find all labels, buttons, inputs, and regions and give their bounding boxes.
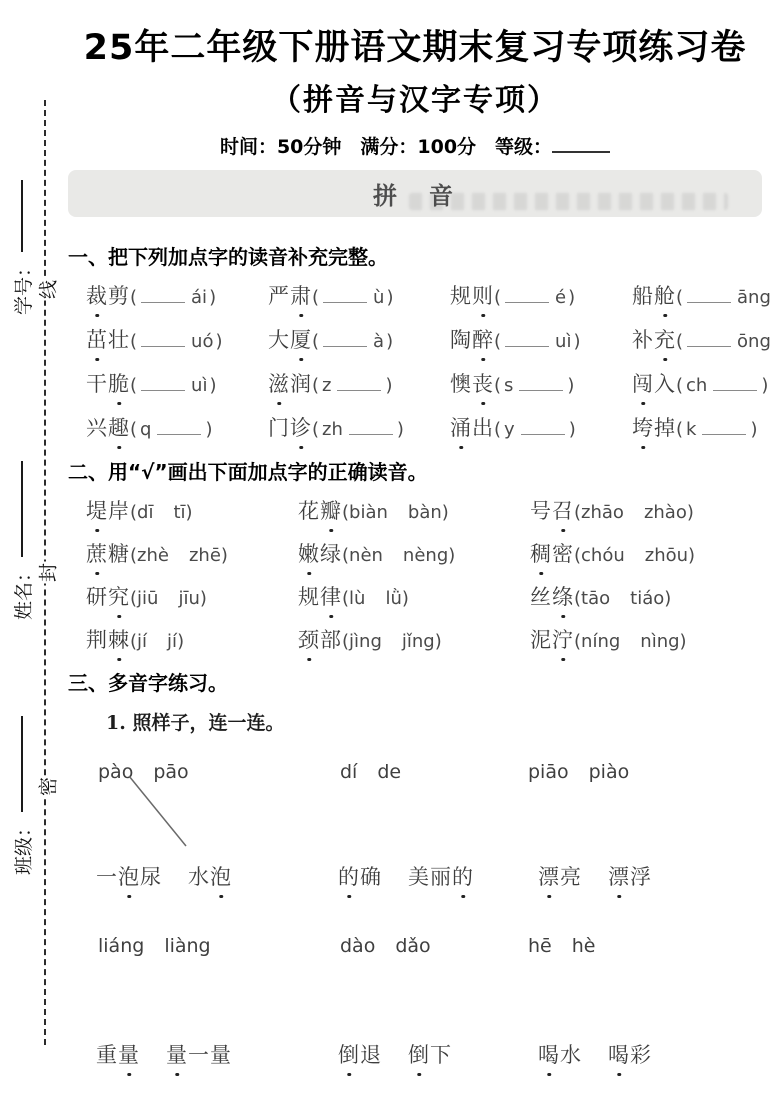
hanzi-char: 一: [96, 861, 118, 891]
hanzi-char: 荆: [86, 624, 108, 654]
pinyin-option: bàn: [408, 502, 442, 523]
dotted-char: 茁: [86, 324, 108, 354]
word: 荆棘: [86, 628, 130, 652]
section-banner: 拼 音: [68, 170, 762, 217]
dotted-char: 稠: [530, 538, 552, 568]
hanzi-char: 规: [450, 280, 472, 310]
pinyin-option: jí: [137, 631, 147, 652]
pronunciation-choice-item: 丝绦(tāotiáo): [530, 581, 762, 611]
student-id-field: 学号：: [8, 115, 36, 315]
hanzi-char: 懊: [450, 368, 472, 398]
student-name-field: 姓名：: [8, 380, 36, 620]
section3-heading: 三、多音字练习。: [68, 667, 762, 696]
word-row: 一泡尿水泡的确美丽的漂亮漂浮: [68, 861, 762, 891]
word: 倒退: [338, 1043, 382, 1067]
pinyin-fill-item: 干脆(uì): [86, 368, 268, 398]
hanzi-char: 船: [632, 280, 654, 310]
pronunciation-choice-item: 研究(jiūjīu): [86, 581, 298, 611]
pinyin-choice: piào: [589, 761, 630, 783]
answer-blank: [713, 373, 757, 391]
dotted-char: 量: [166, 1039, 188, 1069]
exam-title: 25年二年级下册语文期末复习专项练习卷: [68, 24, 762, 72]
pinyin-choice: dí: [340, 761, 357, 783]
pronunciation-choice-item: 稠密(chóuzhōu): [530, 538, 762, 568]
word: 茁壮: [86, 328, 130, 352]
pinyin-option: jí: [167, 631, 177, 652]
word: 干脆: [86, 372, 130, 396]
pinyin-choice: dào: [340, 935, 375, 957]
hanzi-char: 重: [96, 1039, 118, 1069]
pinyin-given: ái: [189, 287, 209, 308]
dotted-char: 舱: [654, 280, 676, 310]
pinyin-given: zh: [319, 419, 345, 440]
word: 嫩绿: [298, 542, 342, 566]
hanzi-char: 补: [632, 324, 654, 354]
pinyin-answer: (āng): [676, 287, 771, 308]
pronunciation-choice-item: 堤岸(dītī): [86, 495, 298, 525]
word: 一泡尿: [96, 865, 162, 889]
pinyin-option: zhōu: [645, 545, 688, 566]
dotted-char: 泞: [552, 624, 574, 654]
dotted-char: 漂: [538, 861, 560, 891]
seal-char: 封: [34, 562, 61, 584]
pinyin-option: zhè: [137, 545, 169, 566]
dotted-char: 厦: [290, 324, 312, 354]
answer-blank: [505, 285, 549, 303]
pinyin-choice: piāo: [528, 761, 569, 783]
hanzi-char: 一: [188, 1039, 210, 1069]
word: 陶醉: [450, 328, 494, 352]
pinyin-option: zhē: [189, 545, 221, 566]
pinyin-given: à: [371, 331, 386, 352]
pinyin-options: (tāotiáo): [574, 588, 671, 609]
dotted-char: 召: [552, 495, 574, 525]
student-id-blank: [21, 180, 23, 252]
answer-blank: [337, 373, 381, 391]
pinyin-fill-item: 茁壮(uó): [86, 324, 268, 354]
pinyin-row: liángliàngdàodǎohēhè: [68, 935, 762, 957]
word: 喝水: [538, 1043, 582, 1067]
pinyin-given: y: [501, 419, 517, 440]
hanzi-char: 绿: [320, 538, 342, 568]
pinyin-choice: de: [377, 761, 401, 783]
pronunciation-choice-item: 蔗糖(zhèzhē): [86, 538, 298, 568]
dotted-char: 滋: [268, 368, 290, 398]
pinyin-option: tiáo: [630, 588, 664, 609]
word-pair: 倒退倒下: [338, 1039, 538, 1069]
word: 闯入: [632, 372, 676, 396]
word: 严肃: [268, 284, 312, 308]
pinyin-options: (lùlǜ): [342, 588, 409, 609]
pinyin-fill-item: 船舱(āng): [632, 280, 771, 310]
pinyin-answer: (z): [312, 375, 393, 396]
dotted-char: 律: [320, 581, 342, 611]
pinyin-fill-item: 垮掉(k): [632, 412, 771, 442]
pinyin-option: jīu: [178, 588, 199, 609]
hanzi-char: 润: [290, 368, 312, 398]
section1-items: 裁剪(ái)严肃(ù)规则(é)船舱(āng)茁壮(uó)大厦(à)陶醉(uì)…: [86, 280, 762, 456]
word-row: 重量量一量倒退倒下喝水喝彩: [68, 1039, 762, 1069]
word-pair: 的确美丽的: [338, 861, 538, 891]
pinyin-options: (zhāozhào): [574, 502, 694, 523]
pinyin-option: zhào: [644, 502, 687, 523]
dotted-char: 泡: [118, 861, 140, 891]
pinyin-pair: díde: [320, 761, 520, 783]
dotted-char: 瓣: [320, 495, 342, 525]
seal-char: 密: [34, 776, 61, 798]
dotted-char: 的: [338, 861, 360, 891]
pinyin-answer: (ōng): [676, 331, 771, 352]
hanzi-char: 陶: [450, 324, 472, 354]
pinyin-answer: (zh): [312, 419, 404, 440]
word: 涌出: [450, 416, 494, 440]
student-name-label: 姓名：: [9, 563, 36, 620]
hanzi-char: 亮: [560, 861, 582, 891]
word: 美丽的: [408, 865, 474, 889]
answer-blank: [702, 417, 746, 435]
pinyin-options: (zhèzhē): [130, 545, 228, 566]
pinyin-choice: liàng: [164, 935, 210, 957]
section3-subheading: 1. 照样子，连一连。: [106, 708, 762, 735]
dotted-char: 脆: [108, 368, 130, 398]
answer-blank: [687, 285, 731, 303]
dotted-char: 趣: [108, 412, 130, 442]
pronunciation-choice-item: 泥泞(níngnìng): [530, 624, 762, 654]
dotted-char: 闯: [632, 368, 654, 398]
pinyin-option: chóu: [581, 545, 625, 566]
pinyin-given: z: [319, 375, 333, 396]
section2-items: 堤岸(dītī)花瓣(biànbàn)号召(zhāozhào)蔗糖(zhèzhē…: [86, 495, 762, 667]
word: 稠密: [530, 542, 574, 566]
word: 喝彩: [608, 1043, 652, 1067]
student-name-blank: [21, 461, 23, 557]
answer-blank: [349, 417, 393, 435]
dotted-char: 喝: [608, 1039, 630, 1069]
word: 颈部: [298, 628, 342, 652]
pinyin-given: ù: [371, 287, 386, 308]
pinyin-options: (jíjí): [130, 631, 184, 652]
pinyin-choice: dǎo: [395, 935, 430, 957]
hanzi-char: 水: [560, 1039, 582, 1069]
pronunciation-choice-item: 荆棘(jíjí): [86, 624, 298, 654]
hanzi-char: 糖: [108, 538, 130, 568]
pinyin-fill-item: 闯入(ch): [632, 368, 771, 398]
word: 号召: [530, 499, 574, 523]
answer-blank: [141, 329, 185, 347]
word: 重量: [96, 1043, 140, 1067]
hanzi-char: 下: [430, 1039, 452, 1069]
pinyin-fill-item: 裁剪(ái): [86, 280, 268, 310]
pinyin-option: zhāo: [581, 502, 624, 523]
pinyin-option: nìng: [640, 631, 679, 652]
pinyin-fill-item: 严肃(ù): [268, 280, 450, 310]
word: 滋润: [268, 372, 312, 396]
pinyin-answer: (ái): [130, 287, 216, 308]
word-pair: 重量量一量: [86, 1039, 338, 1069]
answer-blank: [157, 417, 201, 435]
pinyin-fill-item: 补充(ōng): [632, 324, 771, 354]
hanzi-char: 浮: [630, 861, 652, 891]
section1-heading: 一、把下列加点字的读音补充完整。: [68, 241, 762, 270]
hanzi-char: 丽: [430, 861, 452, 891]
pronunciation-choice-item: 颈部(jìngjǐng): [298, 624, 530, 654]
pinyin-given: q: [137, 419, 153, 440]
pinyin-choice: liáng: [98, 935, 144, 957]
grade-blank: [552, 133, 610, 153]
pinyin-fill-item: 涌出(y): [450, 412, 632, 442]
hanzi-char: 剪: [108, 280, 130, 310]
hanzi-char: 部: [320, 624, 342, 654]
word: 规律: [298, 585, 342, 609]
dotted-char: 醉: [472, 324, 494, 354]
word: 兴趣: [86, 416, 130, 440]
dotted-char: 则: [472, 280, 494, 310]
word-pair: 喝水喝彩: [538, 1039, 762, 1069]
pinyin-given: uì: [553, 331, 573, 352]
pinyin-options: (biànbàn): [342, 502, 449, 523]
pinyin-fill-item: 门诊(zh): [268, 412, 450, 442]
word: 漂浮: [608, 865, 652, 889]
word: 懊丧: [450, 372, 494, 396]
pinyin-option: jiū: [137, 588, 158, 609]
dotted-char: 蔗: [86, 538, 108, 568]
pinyin-answer: (y): [494, 419, 576, 440]
main-content: 25年二年级下册语文期末复习专项练习卷 （拼音与汉字专项） 时间：50分钟 满分…: [68, 0, 762, 1069]
word: 裁剪: [86, 284, 130, 308]
word: 规则: [450, 284, 494, 308]
dotted-char: 量: [118, 1039, 140, 1069]
word: 丝绦: [530, 585, 574, 609]
dotted-char: 棘: [108, 624, 130, 654]
pinyin-fill-item: 规则(é): [450, 280, 632, 310]
exam-subtitle: （拼音与汉字专项）: [68, 80, 762, 122]
pinyin-options: (jìngjǐng): [342, 631, 442, 652]
hanzi-char: 确: [360, 861, 382, 891]
pinyin-answer: (é): [494, 287, 575, 308]
hanzi-char: 丝: [530, 581, 552, 611]
pinyin-option: jìng: [349, 631, 382, 652]
dotted-char: 的: [452, 861, 474, 891]
pinyin-choice: hē: [528, 935, 552, 957]
hanzi-char: 规: [298, 581, 320, 611]
word: 水泡: [188, 865, 232, 889]
answer-blank: [519, 373, 563, 391]
pronunciation-choice-item: 嫩绿(nènnèng): [298, 538, 530, 568]
dotted-char: 倒: [408, 1039, 430, 1069]
student-class-blank: [21, 716, 23, 812]
exam-meta-label: 时间：50分钟 满分：100分 等级：: [220, 136, 552, 158]
pinyin-option: lǜ: [385, 588, 401, 609]
answer-blank: [687, 329, 731, 347]
dotted-char: 嫩: [298, 538, 320, 568]
pinyin-option: biàn: [349, 502, 388, 523]
hanzi-char: 岸: [108, 495, 130, 525]
pinyin-choice: pào: [98, 761, 133, 783]
hanzi-char: 尿: [140, 861, 162, 891]
word: 垮掉: [632, 416, 676, 440]
pinyin-answer: (uó): [130, 331, 222, 352]
section2-heading: 二、用“√”画出下面加点字的正确读音。: [68, 456, 762, 485]
hanzi-char: 壮: [108, 324, 130, 354]
hanzi-char: 兴: [86, 412, 108, 442]
pinyin-answer: (k): [676, 419, 758, 440]
pinyin-pair: piāopiào: [520, 761, 762, 783]
exam-meta: 时间：50分钟 满分：100分 等级：: [68, 132, 762, 158]
dotted-char: 诊: [290, 412, 312, 442]
dotted-char: 究: [108, 581, 130, 611]
word: 补充: [632, 328, 676, 352]
pinyin-fill-item: 懊丧(s): [450, 368, 632, 398]
hanzi-char: 泥: [530, 624, 552, 654]
pinyin-option: dī: [137, 502, 153, 523]
hanzi-char: 花: [298, 495, 320, 525]
hanzi-char: 量: [210, 1039, 232, 1069]
pinyin-options: (níngnìng): [574, 631, 687, 652]
pinyin-option: nèn: [349, 545, 383, 566]
pinyin-options: (jiūjīu): [130, 588, 207, 609]
hanzi-char: 彩: [630, 1039, 652, 1069]
pinyin-row: pàopāodídepiāopiào: [68, 761, 762, 783]
word: 的确: [338, 865, 382, 889]
pinyin-options: (dītī): [130, 502, 193, 523]
answer-blank: [521, 417, 565, 435]
pinyin-answer: (uì): [494, 331, 580, 352]
answer-blank: [141, 373, 185, 391]
ghost-watermark: [409, 193, 728, 210]
hanzi-char: 入: [654, 368, 676, 398]
pinyin-given: ch: [683, 375, 709, 396]
worksheet-page: 线 封 密 学号： 姓名： 班级： 25年二年级下册语文期末复习专项练习卷 （拼…: [0, 0, 771, 1120]
answer-blank: [323, 329, 367, 347]
dotted-char: 垮: [632, 412, 654, 442]
hanzi-char: 大: [268, 324, 290, 354]
dotted-char: 涌: [450, 412, 472, 442]
pronunciation-choice-item: 花瓣(biànbàn): [298, 495, 530, 525]
hanzi-char: 美: [408, 861, 430, 891]
word: 堤岸: [86, 499, 130, 523]
word-pair: 一泡尿水泡: [86, 861, 338, 891]
dotted-char: 丧: [472, 368, 494, 398]
pinyin-answer: (ch): [676, 375, 768, 396]
pinyin-pair: hēhè: [520, 935, 762, 957]
dotted-char: 颈: [298, 624, 320, 654]
pinyin-given: ōng: [735, 331, 771, 352]
pinyin-given: uì: [189, 375, 209, 396]
pinyin-pair: dàodǎo: [320, 935, 520, 957]
word: 大厦: [268, 328, 312, 352]
word-pair: 漂亮漂浮: [538, 861, 762, 891]
pinyin-answer: (s): [494, 375, 574, 396]
pinyin-given: é: [553, 287, 568, 308]
pinyin-given: k: [683, 419, 698, 440]
dotted-char: 肃: [290, 280, 312, 310]
hanzi-char: 严: [268, 280, 290, 310]
pinyin-answer: (ù): [312, 287, 393, 308]
pinyin-fill-item: 兴趣(q): [86, 412, 268, 442]
hanzi-char: 掉: [654, 412, 676, 442]
pinyin-option: jǐng: [402, 631, 435, 652]
pinyin-option: lù: [349, 588, 365, 609]
pinyin-option: nèng: [403, 545, 448, 566]
pinyin-answer: (uì): [130, 375, 216, 396]
pinyin-options: (nènnèng): [342, 545, 455, 566]
word: 门诊: [268, 416, 312, 440]
dotted-char: 充: [654, 324, 676, 354]
hanzi-char: 门: [268, 412, 290, 442]
hanzi-char: 干: [86, 368, 108, 398]
dotted-char: 堤: [86, 495, 108, 525]
hanzi-char: 退: [360, 1039, 382, 1069]
word: 量一量: [166, 1043, 232, 1067]
pinyin-option: tāo: [581, 588, 610, 609]
hanzi-char: 密: [552, 538, 574, 568]
pinyin-option: tī: [173, 502, 185, 523]
pronunciation-choice-item: 号召(zhāozhào): [530, 495, 762, 525]
pinyin-pair: liángliàng: [98, 935, 320, 957]
dotted-char: 泡: [210, 861, 232, 891]
pinyin-fill-item: 滋润(z): [268, 368, 450, 398]
word: 蔗糖: [86, 542, 130, 566]
dotted-char: 绦: [552, 581, 574, 611]
pinyin-choice: hè: [572, 935, 596, 957]
dotted-char: 倒: [338, 1039, 360, 1069]
dotted-char: 喝: [538, 1039, 560, 1069]
word: 研究: [86, 585, 130, 609]
pinyin-options: (chóuzhōu): [574, 545, 695, 566]
student-id-label: 学号：: [9, 258, 36, 315]
hanzi-char: 研: [86, 581, 108, 611]
hanzi-char: 号: [530, 495, 552, 525]
pinyin-fill-item: 陶醉(uì): [450, 324, 632, 354]
pinyin-answer: (q): [130, 419, 213, 440]
seal-char: 线: [34, 279, 61, 301]
dotted-char: 漂: [608, 861, 630, 891]
pinyin-given: uó: [189, 331, 215, 352]
hanzi-char: 水: [188, 861, 210, 891]
word: 泥泞: [530, 628, 574, 652]
hanzi-char: 出: [472, 412, 494, 442]
pronunciation-choice-item: 规律(lùlǜ): [298, 581, 530, 611]
dotted-char: 裁: [86, 280, 108, 310]
word: 倒下: [408, 1043, 452, 1067]
pinyin-given: āng: [735, 287, 771, 308]
word: 船舱: [632, 284, 676, 308]
word: 漂亮: [538, 865, 582, 889]
pinyin-pair: pàopāo: [98, 761, 320, 783]
pinyin-choice: pāo: [153, 761, 188, 783]
pinyin-given: s: [501, 375, 515, 396]
student-class-label: 班级：: [9, 818, 36, 875]
pinyin-answer: (à): [312, 331, 393, 352]
student-class-field: 班级：: [8, 635, 36, 875]
answer-blank: [323, 285, 367, 303]
answer-blank: [505, 329, 549, 347]
matching-exercise: pàopāodídepiāopiào一泡尿水泡的确美丽的漂亮漂浮liánglià…: [68, 761, 762, 1069]
pinyin-fill-item: 大厦(à): [268, 324, 450, 354]
word: 花瓣: [298, 499, 342, 523]
answer-blank: [141, 285, 185, 303]
pinyin-option: níng: [581, 631, 620, 652]
